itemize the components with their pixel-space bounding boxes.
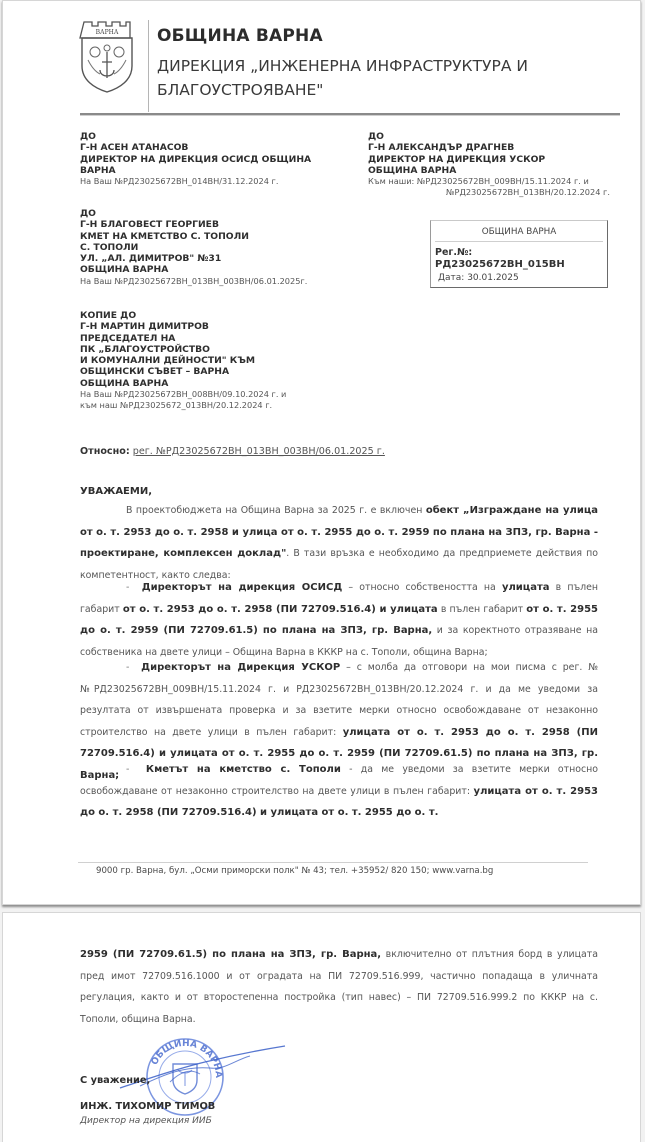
directorate-line-2: БЛАГОУСТРОЯВАНЕ": [157, 78, 537, 102]
recipient-reference: Към наши: №РД23025672ВН_009ВН/15.11.2024…: [368, 176, 645, 187]
recipient-line: Г-Н АСЕН АТАНАСОВ: [80, 142, 360, 153]
recipient-line: ДИРЕКТОР НА ДИРЕКЦИЯ ОСИСД ОБЩИНА: [80, 154, 360, 165]
recipient-line: Г-Н АЛЕКСАНДЪР ДРАГНЕВ: [368, 142, 645, 153]
registration-number: РД23025672ВН_015ВН: [431, 258, 607, 270]
subject-reference: рег. №РД23025672ВН_013ВН_003ВН/06.01.202…: [133, 446, 385, 457]
recipient-line: И КОМУНАЛНИ ДЕЙНОСТИ" КЪМ: [80, 355, 380, 366]
body-paragraph: - Кметът на кметство с. Тополи - да ме у…: [80, 759, 598, 824]
body-paragraph: 2959 (ПИ 72709.61.5) по плана на ЗПЗ, гр…: [80, 944, 598, 1030]
organization-name: ОБЩИНА ВАРНА: [157, 26, 323, 46]
stamp-label: Рег.№:: [431, 242, 607, 258]
recipient-line: ДО: [80, 131, 360, 142]
letterhead: ВАРНА ОБЩИНА ВАРНА ДИРЕКЦИЯ „ИНЖЕНЕРНА И…: [78, 18, 578, 118]
recipient-line: ОБЩИНА ВАРНА: [80, 264, 380, 275]
bold-run: Кметът на кметство с. Тополи: [146, 764, 341, 775]
subject-line: Относно: рег. №РД23025672ВН_013ВН_003ВН/…: [80, 446, 385, 457]
recipient-line: КМЕТ НА КМЕТСТВО С. ТОПОЛИ: [80, 231, 380, 242]
recipient-block: ДО Г-Н БЛАГОВЕСТ ГЕОРГИЕВ КМЕТ НА КМЕТСТ…: [80, 208, 380, 287]
page-footer: 9000 гр. Варна, бул. „Осми приморски пол…: [96, 866, 493, 876]
subject-label: Относно:: [80, 446, 130, 457]
recipient-line: Г-Н БЛАГОВЕСТ ГЕОРГИЕВ: [80, 219, 380, 230]
recipient-block: ДО Г-Н АСЕН АТАНАСОВ ДИРЕКТОР НА ДИРЕКЦИ…: [80, 131, 360, 187]
recipient-line: ПК „БЛАГОУСТРОЙСТВО: [80, 344, 380, 355]
recipient-line: ДИРЕКТОР НА ДИРЕКЦИЯ УСКОР: [368, 154, 645, 165]
copy-recipient-block: КОПИЕ ДО Г-Н МАРТИН ДИМИТРОВ ПРЕДСЕДАТЕЛ…: [80, 310, 380, 412]
recipient-line: ВАРНА: [80, 165, 360, 176]
bold-run: 2959 (ПИ 72709.61.5) по плана на ЗПЗ, гр…: [80, 949, 381, 960]
bold-run: Директорът на дирекция ОСИСД: [142, 582, 343, 593]
recipient-line: С. ТОПОЛИ: [80, 242, 380, 253]
bold-run: Директорът на Дирекция УСКОР: [141, 662, 340, 673]
recipient-block: ДО Г-Н АЛЕКСАНДЪР ДРАГНЕВ ДИРЕКТОР НА ДИ…: [368, 131, 645, 199]
text-run: в пълен габарит: [438, 604, 527, 615]
body-paragraph: - Директорът на дирекция ОСИСД – относно…: [80, 577, 598, 663]
recipient-line: ОБЩИНСКИ СЪВЕТ – ВАРНА: [80, 366, 380, 377]
text-run: В проектобюджета на Община Варна за 2025…: [126, 505, 426, 516]
directorate-line-1: ДИРЕКЦИЯ „ИНЖЕНЕРНА ИНФРАСТРУКТУРА И: [157, 54, 537, 78]
body-paragraph: В проектобюджета на Община Варна за 2025…: [80, 500, 598, 586]
bold-run: от о. т. 2953 до о. т. 2958 (ПИ 72709.51…: [123, 604, 438, 615]
list-dash: -: [126, 662, 129, 673]
recipient-line: КОПИЕ ДО: [80, 310, 380, 321]
signature: [110, 1038, 290, 1098]
registration-date: Дата: 30.01.2025: [431, 270, 607, 283]
recipient-line: ДО: [368, 131, 645, 142]
footer-rule: [78, 862, 588, 863]
stamp-org: ОБЩИНА ВАРНА: [435, 221, 603, 242]
header-rule: [80, 113, 620, 116]
list-dash: -: [126, 582, 129, 593]
header-separator: [148, 20, 149, 112]
list-dash: -: [126, 764, 129, 775]
text-run: включително от плътния борд в улицата пр…: [80, 949, 598, 1025]
recipient-line: ОБЩИНА ВАРНА: [80, 378, 380, 389]
recipient-line: ОБЩИНА ВАРНА: [368, 165, 645, 176]
bold-run: улицата: [502, 582, 550, 593]
registration-stamp: ОБЩИНА ВАРНА Рег.№: РД23025672ВН_015ВН Д…: [430, 220, 608, 288]
recipient-line: Г-Н МАРТИН ДИМИТРОВ: [80, 321, 380, 332]
signer-title: Директор на дирекция ИИБ: [80, 1116, 212, 1126]
recipient-line: УЛ. „АЛ. ДИМИТРОВ" №31: [80, 253, 380, 264]
signer-name: ИНЖ. ТИХОМИР ТИМОВ: [80, 1101, 215, 1112]
recipient-reference: към наш №РД23025672_013ВН/20.12.2024 г.: [80, 400, 380, 411]
recipient-line: ПРЕДСЕДАТЕЛ НА: [80, 333, 380, 344]
varna-coat-of-arms-icon: ВАРНА: [78, 18, 136, 94]
closing-regards: С уважение,: [80, 1075, 150, 1086]
recipient-line: ДО: [80, 208, 380, 219]
directorate-name: ДИРЕКЦИЯ „ИНЖЕНЕРНА ИНФРАСТРУКТУРА И БЛА…: [157, 54, 537, 102]
greeting: УВАЖАЕМИ,: [80, 486, 152, 497]
svg-text:ВАРНА: ВАРНА: [96, 29, 119, 36]
recipient-reference: На Ваш №РД23025672ВН_008ВН/09.10.2024 г.…: [80, 389, 380, 400]
text-run: – относно собствеността на: [342, 582, 502, 593]
recipient-reference: №РД23025672ВН_013ВН/20.12.2024 г.: [368, 187, 645, 198]
recipient-reference: На Ваш №РД23025672ВН_014ВН/31.12.2024 г.: [80, 176, 360, 187]
recipient-reference: На Ваш №РД23025672ВН_013ВН_003ВН/06.01.2…: [80, 276, 380, 287]
